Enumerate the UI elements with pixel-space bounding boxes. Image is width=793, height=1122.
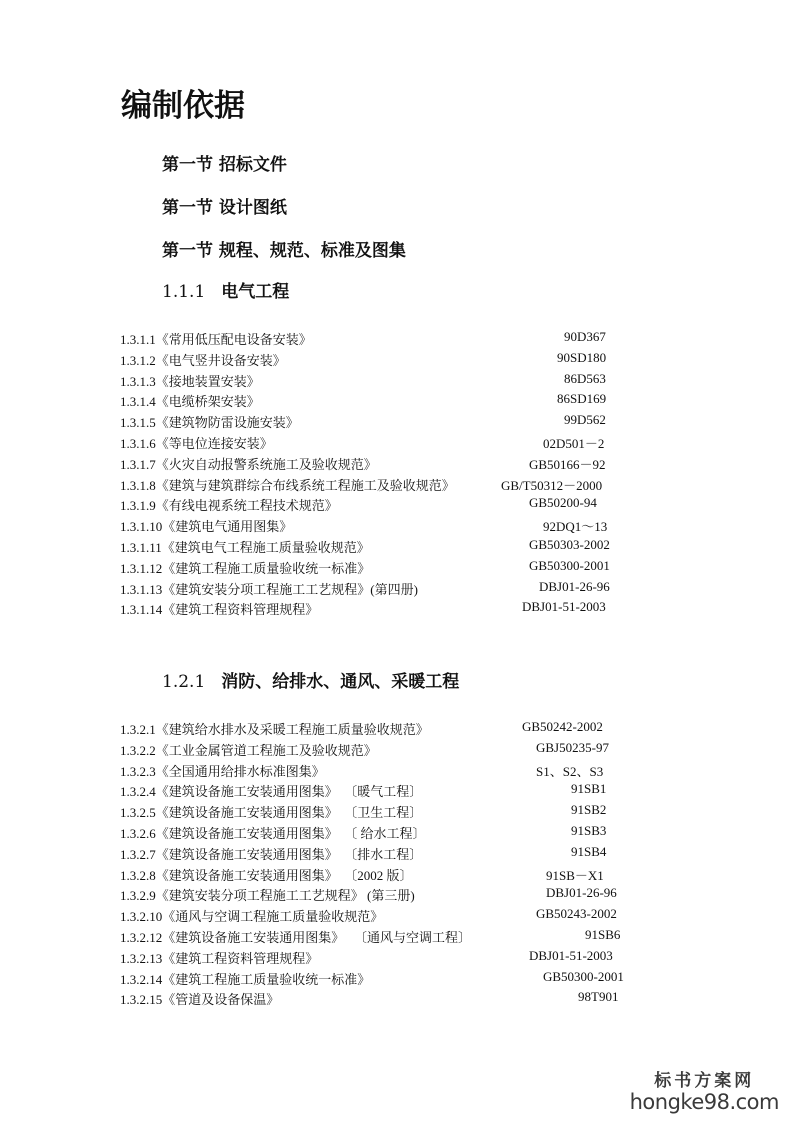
- standard-code: GBJ50235-97: [536, 740, 609, 756]
- standard-code: DBJ01-26-96: [546, 885, 617, 901]
- standard-title: 1.3.1.6《等电位连接安装》: [120, 436, 273, 451]
- standard-title: 1.3.2.7《建筑设备施工安装通用图集》 〔排水工程〕: [120, 847, 422, 862]
- standard-row: 1.3.1.6《等电位连接安装》02D501－2: [120, 433, 273, 453]
- standard-code: 91SB－X1: [546, 865, 604, 884]
- standard-code: GB50200-94: [529, 495, 597, 511]
- standard-title: 1.3.1.1《常用低压配电设备安装》: [120, 332, 312, 347]
- standard-title: 1.3.2.3《全国通用给排水标准图集》: [120, 764, 325, 779]
- subsection-number: 1.2.1: [162, 672, 205, 692]
- standard-row: 1.3.1.13《建筑安装分项工程施工工艺规程》(第四册)DBJ01-26-96: [120, 579, 418, 599]
- standard-title: 1.3.2.14《建筑工程施工质量验收统一标准》: [120, 972, 370, 987]
- subsection-electrical: 1.1.1电气工程: [162, 277, 289, 302]
- standard-title: 1.3.1.13《建筑安装分项工程施工工艺规程》(第四册): [120, 582, 418, 597]
- standard-row: 1.3.2.10《通风与空调工程施工质量验收规范》GB50243-2002: [120, 906, 383, 926]
- section-heading-tender: 第一节 招标文件: [162, 150, 287, 175]
- standard-code: DBJ01-51-2003: [529, 948, 613, 964]
- standard-row: 1.3.1.11《建筑电气工程施工质量验收规范》GB50303-2002: [120, 537, 370, 557]
- standard-title: 1.3.1.12《建筑工程施工质量验收统一标准》: [120, 561, 370, 576]
- standard-code: 92DQ1～13: [543, 516, 607, 535]
- standard-code: 90D367: [564, 329, 606, 345]
- subsection-hvac: 1.2.1消防、给排水、通风、采暖工程: [162, 667, 459, 692]
- standard-row: 1.3.2.5《建筑设备施工安装通用图集》 〔卫生工程〕91SB2: [120, 802, 422, 822]
- standard-row: 1.3.1.10《建筑电气通用图集》92DQ1～13: [120, 516, 292, 536]
- standard-code: 91SB3: [571, 823, 606, 839]
- standard-title: 1.3.2.5《建筑设备施工安装通用图集》 〔卫生工程〕: [120, 805, 422, 820]
- standard-code: 99D562: [564, 412, 606, 428]
- standard-row: 1.3.1.12《建筑工程施工质量验收统一标准》GB50300-2001: [120, 558, 370, 578]
- subsection-title: 电气工程: [221, 282, 289, 302]
- standard-title: 1.3.2.2《工业金属管道工程施工及验收规范》: [120, 743, 377, 758]
- standard-title: 1.3.1.5《建筑物防雷设施安装》: [120, 415, 299, 430]
- standard-title: 1.3.2.13《建筑工程资料管理规程》: [120, 951, 318, 966]
- standard-code: 98T901: [578, 989, 618, 1005]
- standard-title: 1.3.2.12《建筑设备施工安装通用图集》 〔通风与空调工程〕: [120, 930, 471, 945]
- standard-title: 1.3.2.8《建筑设备施工安装通用图集》 〔2002 版〕: [120, 868, 413, 883]
- standard-code: 86D563: [564, 371, 606, 387]
- standard-code: 91SB1: [571, 781, 606, 797]
- standard-row: 1.3.1.2《电气竖井设备安装》90SD180: [120, 350, 286, 370]
- standard-title: 1.3.1.9《有线电视系统工程技术规范》: [120, 498, 338, 513]
- standard-title: 1.3.2.6《建筑设备施工安装通用图集》 〔 给水工程〕: [120, 826, 426, 841]
- standard-code: 02D501－2: [543, 433, 604, 452]
- standard-code: GB50166－92: [529, 454, 606, 473]
- standard-row: 1.3.2.13《建筑工程资料管理规程》DBJ01-51-2003: [120, 948, 318, 968]
- standard-title: 1.3.2.9《建筑安装分项工程施工工艺规程》 (第三册): [120, 888, 415, 903]
- standard-title: 1.3.1.2《电气竖井设备安装》: [120, 353, 286, 368]
- standard-row: 1.3.2.3《全国通用给排水标准图集》S1、S2、S3: [120, 761, 325, 781]
- standard-title: 1.3.1.8《建筑与建筑群综合布线系统工程施工及验收规范》: [120, 478, 455, 493]
- standard-title: 1.3.1.7《火灾自动报警系统施工及验收规范》: [120, 457, 377, 472]
- watermark-cn: 标书方案网: [630, 1066, 779, 1091]
- standard-row: 1.3.2.2《工业金属管道工程施工及验收规范》GBJ50235-97: [120, 740, 377, 760]
- standard-row: 1.3.1.9《有线电视系统工程技术规范》GB50200-94: [120, 495, 338, 515]
- standard-title: 1.3.1.14《建筑工程资料管理规程》: [120, 602, 318, 617]
- standard-code: GB/T50312－2000: [501, 475, 602, 494]
- standard-row: 1.3.2.12《建筑设备施工安装通用图集》 〔通风与空调工程〕91SB6: [120, 927, 471, 947]
- page-title: 编制依据: [121, 80, 245, 125]
- standard-code: GB50303-2002: [529, 537, 610, 553]
- subsection-number: 1.1.1: [162, 282, 205, 302]
- standard-code: 91SB2: [571, 802, 606, 818]
- standard-title: 1.3.2.1《建筑给水排水及采暖工程施工质量验收规范》: [120, 722, 429, 737]
- standard-code: 90SD180: [557, 350, 606, 366]
- standard-code: DBJ01-51-2003: [522, 599, 606, 615]
- standard-title: 1.3.2.4《建筑设备施工安装通用图集》 〔暖气工程〕: [120, 784, 422, 799]
- standard-row: 1.3.2.9《建筑安装分项工程施工工艺规程》 (第三册)DBJ01-26-96: [120, 885, 415, 905]
- standard-code: 91SB6: [585, 927, 620, 943]
- standard-row: 1.3.1.7《火灾自动报警系统施工及验收规范》GB50166－92: [120, 454, 377, 474]
- standard-code: GB50243-2002: [536, 906, 617, 922]
- standard-row: 1.3.1.8《建筑与建筑群综合布线系统工程施工及验收规范》GB/T50312－…: [120, 475, 455, 495]
- standard-row: 1.3.2.6《建筑设备施工安装通用图集》 〔 给水工程〕91SB3: [120, 823, 426, 843]
- standard-row: 1.3.2.15《管道及设备保温》98T901: [120, 989, 279, 1009]
- standard-row: 1.3.1.5《建筑物防雷设施安装》99D562: [120, 412, 299, 432]
- standard-row: 1.3.2.14《建筑工程施工质量验收统一标准》GB50300-2001: [120, 969, 370, 989]
- standard-row: 1.3.1.1《常用低压配电设备安装》90D367: [120, 329, 312, 349]
- standard-code: DBJ01-26-96: [539, 579, 610, 595]
- standard-code: GB50242-2002: [522, 719, 603, 735]
- standard-code: 91SB4: [571, 844, 606, 860]
- watermark: 标书方案网 hongke98.com: [630, 1066, 779, 1113]
- standard-title: 1.3.1.3《接地装置安装》: [120, 374, 260, 389]
- standard-title: 1.3.1.11《建筑电气工程施工质量验收规范》: [120, 540, 370, 555]
- subsection-title: 消防、给排水、通风、采暖工程: [221, 672, 459, 692]
- standard-title: 1.3.2.15《管道及设备保温》: [120, 992, 279, 1007]
- standard-row: 1.3.2.7《建筑设备施工安装通用图集》 〔排水工程〕91SB4: [120, 844, 422, 864]
- standard-title: 1.3.1.10《建筑电气通用图集》: [120, 519, 292, 534]
- standard-title: 1.3.1.4《电缆桥架安装》: [120, 394, 260, 409]
- standard-row: 1.3.2.8《建筑设备施工安装通用图集》 〔2002 版〕91SB－X1: [120, 865, 413, 885]
- standard-title: 1.3.2.10《通风与空调工程施工质量验收规范》: [120, 909, 383, 924]
- section-heading-drawings: 第一节 设计图纸: [162, 193, 287, 218]
- standard-code: GB50300-2001: [543, 969, 624, 985]
- standard-code: S1、S2、S3: [536, 761, 603, 780]
- standard-code: GB50300-2001: [529, 558, 610, 574]
- standard-row: 1.3.1.3《接地装置安装》86D563: [120, 371, 260, 391]
- standard-code: 86SD169: [557, 391, 606, 407]
- section-heading-standards: 第一节 规程、规范、标准及图集: [162, 236, 406, 261]
- standard-row: 1.3.2.4《建筑设备施工安装通用图集》 〔暖气工程〕91SB1: [120, 781, 422, 801]
- standard-row: 1.3.1.4《电缆桥架安装》86SD169: [120, 391, 260, 411]
- watermark-url: hongke98.com: [630, 1091, 779, 1113]
- standard-row: 1.3.1.14《建筑工程资料管理规程》DBJ01-51-2003: [120, 599, 318, 619]
- standard-row: 1.3.2.1《建筑给水排水及采暖工程施工质量验收规范》GB50242-2002: [120, 719, 429, 739]
